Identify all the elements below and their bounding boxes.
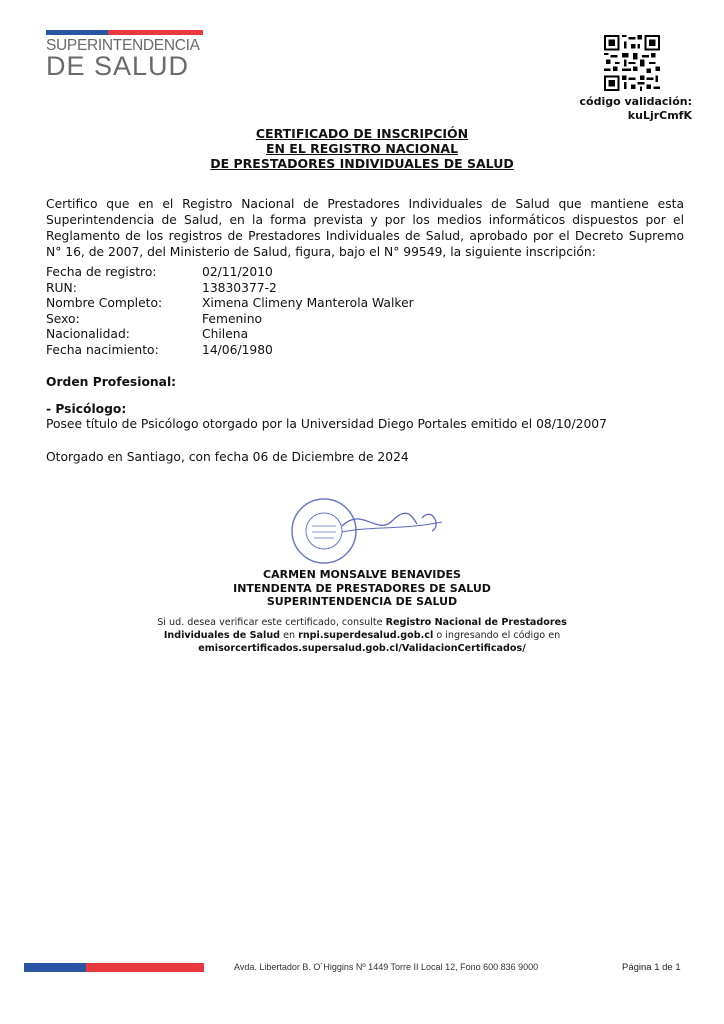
- profession-title: - Psicólogo:: [46, 402, 607, 417]
- signer-position: INTENDENTA DE PRESTADORES DE SALUD: [0, 582, 724, 596]
- signer-name: CARMEN MONSALVE BENAVIDES: [0, 568, 724, 582]
- footer-color-bar: [24, 963, 204, 972]
- certificate-title: CERTIFICADO DE INSCRIPCIÓN EN EL REGISTR…: [0, 126, 724, 171]
- field-label: RUN:: [46, 281, 202, 297]
- signer-institution: SUPERINTENDENCIA DE SALUD: [0, 595, 724, 609]
- signer-block: CARMEN MONSALVE BENAVIDES INTENDENTA DE …: [0, 568, 724, 609]
- field-value: 02/11/2010: [202, 265, 273, 281]
- signature-stamp-icon: [282, 496, 462, 566]
- field-value: 13830377-2: [202, 281, 277, 297]
- orden-profesional-heading: Orden Profesional:: [46, 375, 176, 389]
- profession-block: - Psicólogo: Posee título de Psicólogo o…: [46, 402, 607, 432]
- logo-line2: DE SALUD: [46, 54, 204, 78]
- field-label: Nombre Completo:: [46, 296, 202, 312]
- validation-link[interactable]: emisorcertificados.supersalud.gob.cl/Val…: [198, 643, 525, 654]
- logo-color-bar: [46, 30, 203, 35]
- field-label: Fecha nacimiento:: [46, 343, 202, 359]
- field-row: RUN:13830377-2: [46, 281, 414, 297]
- qr-label: código validación:: [580, 95, 693, 109]
- field-row: Fecha nacimiento:14/06/1980: [46, 343, 414, 359]
- verify-text: Si ud. desea verificar este certificado,…: [157, 617, 385, 628]
- field-label: Nacionalidad:: [46, 327, 202, 343]
- title-line2: EN EL REGISTRO NACIONAL: [0, 141, 724, 156]
- field-row: Fecha de registro:02/11/2010: [46, 265, 414, 281]
- superintendencia-logo: SUPERINTENDENCIA DE SALUD: [46, 30, 204, 78]
- field-row: Nombre Completo:Ximena Climeny Manterola…: [46, 296, 414, 312]
- field-label: Fecha de registro:: [46, 265, 202, 281]
- issued-statement: Otorgado en Santiago, con fecha 06 de Di…: [46, 450, 409, 464]
- verification-note: Si ud. desea verificar este certificado,…: [140, 616, 584, 655]
- field-row: Nacionalidad:Chilena: [46, 327, 414, 343]
- registration-fields: Fecha de registro:02/11/2010 RUN:1383037…: [46, 265, 414, 358]
- field-value: Ximena Climeny Manterola Walker: [202, 296, 414, 312]
- footer-address: Avda. Libertador B. O´Higgins Nº 1449 To…: [234, 962, 538, 972]
- qr-caption: código validación: kuLjrCmfK: [580, 95, 693, 123]
- validation-code: kuLjrCmfK: [580, 109, 693, 123]
- field-label: Sexo:: [46, 312, 202, 328]
- intro-paragraph: Certifico que en el Registro Nacional de…: [46, 196, 684, 260]
- field-row: Sexo:Femenino: [46, 312, 414, 328]
- field-value: Chilena: [202, 327, 248, 343]
- page-number: Página 1 de 1: [622, 962, 681, 973]
- profession-detail: Posee título de Psicólogo otorgado por l…: [46, 417, 607, 432]
- field-value: Femenino: [202, 312, 262, 328]
- title-line3: DE PRESTADORES INDIVIDUALES DE SALUD: [0, 156, 724, 171]
- rnpi-link[interactable]: rnpi.superdesalud.gob.cl: [298, 630, 433, 641]
- field-value: 14/06/1980: [202, 343, 273, 359]
- verify-text: en: [280, 630, 298, 641]
- qr-code-icon: [604, 35, 660, 91]
- verify-text: o ingresando el código en: [433, 630, 560, 641]
- title-line1: CERTIFICADO DE INSCRIPCIÓN: [0, 126, 724, 141]
